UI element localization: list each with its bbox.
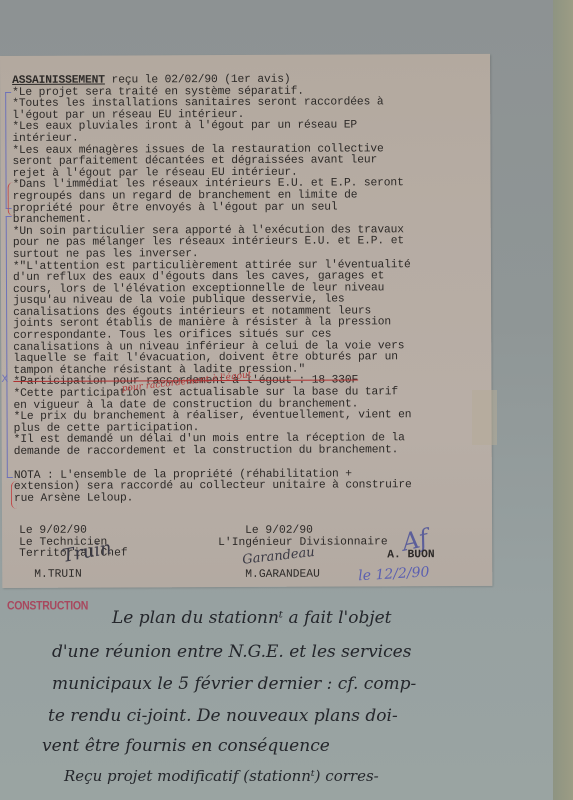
heading-suffix: reçu le 02/02/90 (1er avis) bbox=[105, 74, 291, 87]
buon-name: A. BUON bbox=[387, 550, 435, 562]
engineer-name: M.GARANDEAU bbox=[245, 570, 320, 582]
typed-notice-paper: ASSAINISSEMENT reçu le 02/02/90 (1er avi… bbox=[0, 54, 492, 588]
handwritten-line: vent être fournis en conséquence bbox=[42, 730, 330, 762]
blue-margin-bracket-bottom bbox=[6, 216, 13, 478]
handwritten-line: municipaux le 5 février dernier : cf. co… bbox=[52, 668, 416, 700]
heading-title: ASSAINISSEMENT bbox=[12, 75, 105, 87]
handwritten-line: Le plan du stationnᵗ a fait l'objet bbox=[112, 602, 392, 634]
handwritten-line: Reçu projet modificatif (stationnᵗ) corr… bbox=[64, 760, 379, 792]
red-margin-bracket bbox=[8, 182, 14, 216]
construction-stamp: CONSTRUCTION bbox=[7, 599, 88, 613]
tape-patch bbox=[472, 390, 497, 445]
typed-body: ASSAINISSEMENT reçu le 02/02/90 (1er avi… bbox=[12, 74, 484, 505]
nota-line: rue Arsène Leloup. bbox=[14, 492, 484, 506]
handwritten-received-date: le 12/2/90 bbox=[358, 564, 430, 584]
handwritten-line: te rendu ci-joint. De nouveaux plans doi… bbox=[48, 700, 398, 732]
handwritten-line: d'une réunion entre N.G.E. et les servic… bbox=[52, 636, 411, 668]
red-margin-bracket-nota bbox=[11, 481, 17, 509]
margin-x-mark: X bbox=[1, 374, 8, 385]
background-edge-strip bbox=[553, 0, 573, 800]
technician-name: M.TRUIN bbox=[34, 570, 82, 582]
